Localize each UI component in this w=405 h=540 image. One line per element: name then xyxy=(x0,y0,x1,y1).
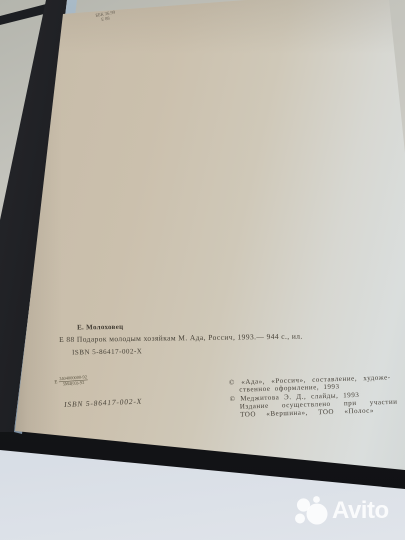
photo-of-book-imprint-page: ББК 36.99 Е 88 Е. Молоховец Е 88 Подарок… xyxy=(0,0,405,540)
copyright-block: © «Ада», «Россич», составление, художе- … xyxy=(229,374,404,419)
avito-watermark: Avito xyxy=(294,494,389,530)
author-name: Е. Молоховец xyxy=(77,323,124,332)
print-code-fraction: 3404000000-92 5М4(03)-93 xyxy=(59,375,88,387)
print-code-prefix: Е xyxy=(54,379,57,385)
isbn-upper: ISBN 5-86417-002-X xyxy=(72,348,142,357)
avito-logo-icon xyxy=(294,494,330,530)
avito-watermark-label: Avito xyxy=(332,499,389,525)
